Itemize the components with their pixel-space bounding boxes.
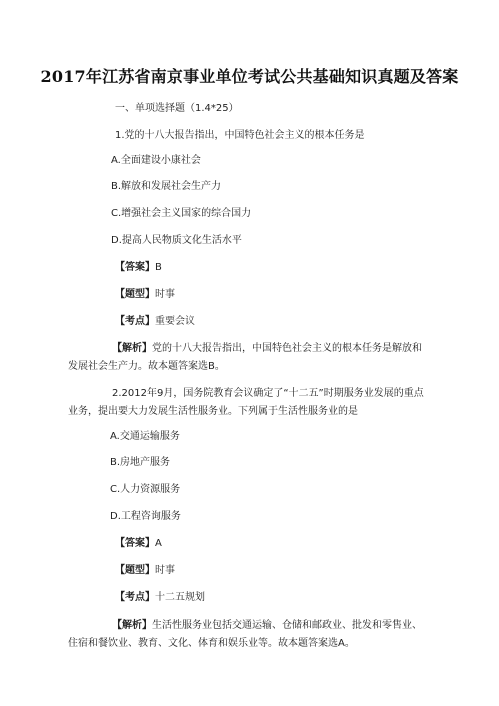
question-2-option-d: D.工程咨询服务 — [110, 510, 181, 523]
analysis-label: 【解析】 — [112, 343, 152, 354]
point-value: 重要会议 — [155, 316, 195, 327]
question-1-answer: 【答案】B — [115, 261, 162, 274]
question-1-option-d: D.提高人民物质文化生活水平 — [111, 234, 242, 247]
type-value: 时事 — [155, 565, 175, 576]
question-2-stem: 2.2012年9月，国务院教育会议确定了“十二五”时期服务业发展的重点业务，提出… — [68, 385, 430, 421]
document-title: 2017年江苏省南京事业单位考试公共基础知识真题及答案 — [0, 64, 499, 87]
question-2-point: 【考点】十二五规划 — [115, 591, 205, 604]
question-1-option-c: C.增强社会主义国家的综合国力 — [111, 207, 251, 220]
analysis-label: 【解析】 — [112, 620, 152, 631]
point-label: 【考点】 — [115, 592, 155, 603]
question-1-type: 【题型】时事 — [115, 288, 175, 301]
question-2-type: 【题型】时事 — [115, 564, 175, 577]
answer-value: A — [155, 538, 162, 549]
question-2-answer: 【答案】A — [115, 537, 162, 550]
answer-label: 【答案】 — [115, 262, 155, 273]
question-1-stem: 1.党的十八大报告指出，中国特色社会主义的根本任务是 — [115, 129, 365, 142]
question-1-option-b: B.解放和发展社会生产力 — [111, 180, 221, 193]
type-value: 时事 — [155, 289, 175, 300]
answer-label: 【答案】 — [115, 538, 155, 549]
answer-value: B — [155, 262, 162, 273]
question-1-analysis: 【解析】党的十八大报告指出，中国特色社会主义的根本任务是解放和发展社会生产力。故… — [68, 340, 430, 376]
question-2-option-b: B.房地产服务 — [110, 456, 170, 469]
document-page: 2017年江苏省南京事业单位考试公共基础知识真题及答案 一、单项选择题（1.4*… — [0, 0, 499, 706]
question-1-option-a: A.全面建设小康社会 — [111, 154, 201, 167]
question-2-option-c: C.人力资源服务 — [110, 483, 180, 496]
type-label: 【题型】 — [115, 565, 155, 576]
point-value: 十二五规划 — [155, 592, 205, 603]
type-label: 【题型】 — [115, 289, 155, 300]
question-1-point: 【考点】重要会议 — [115, 315, 195, 328]
point-label: 【考点】 — [115, 316, 155, 327]
section-heading: 一、单项选择题（1.4*25） — [115, 102, 239, 115]
question-2-option-a: A.交通运输服务 — [110, 430, 180, 443]
question-2-analysis: 【解析】生活性服务业包括交通运输、仓储和邮政业、批发和零售业、住宿和餐饮业、教育… — [68, 617, 430, 653]
